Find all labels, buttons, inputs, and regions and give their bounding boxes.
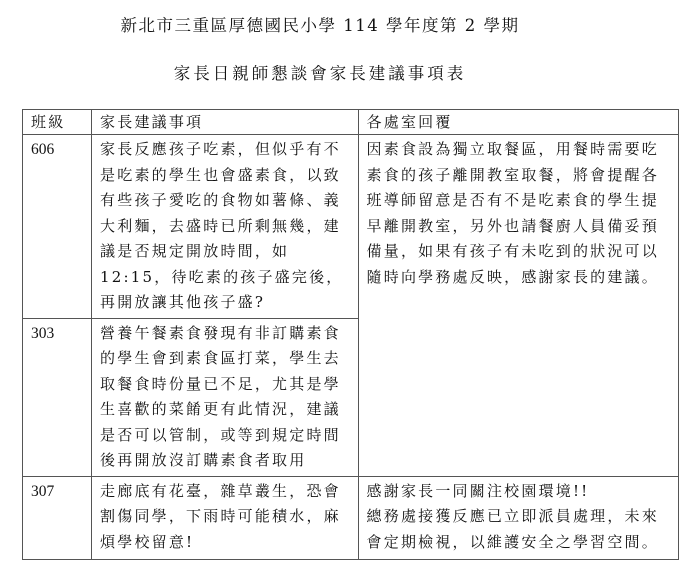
document-subtitle: 家長日親師懇談會家長建議事項表: [0, 62, 640, 86]
header-class: 班級: [23, 110, 92, 135]
header-reply: 各處室回覆: [358, 110, 678, 135]
table-row: 307 走廊底有花臺，雜草叢生，恐會割傷同學，下雨時可能積水，麻煩學校留意! 感…: [23, 476, 679, 559]
reply-cell: 因素食設為獨立取餐區，用餐時需要吃素食的孩子離開教室取餐，將會提醒各班導師留意是…: [358, 135, 678, 477]
class-cell: 303: [23, 318, 92, 476]
header-suggestion: 家長建議事項: [92, 110, 359, 135]
table-header-row: 班級 家長建議事項 各處室回覆: [23, 110, 679, 135]
class-cell: 606: [23, 135, 92, 319]
document-title: 新北市三重區厚德國民小學 114 學年度第 2 學期: [0, 14, 640, 38]
table-row: 606 家長反應孩子吃素，但似乎有不是吃素的學生也會盛素食，以致有些孩子愛吃的食…: [23, 135, 679, 319]
reply-cell: 感謝家長一同關注校園環境!! 總務處接獲反應已立即派員處理，未來會定期檢視，以維…: [358, 476, 678, 559]
class-cell: 307: [23, 476, 92, 559]
suggestion-cell: 走廊底有花臺，雜草叢生，恐會割傷同學，下雨時可能積水，麻煩學校留意!: [92, 476, 359, 559]
suggestion-cell: 家長反應孩子吃素，但似乎有不是吃素的學生也會盛素食，以致有些孩子愛吃的食物如薯條…: [92, 135, 359, 319]
suggestion-cell: 營養午餐素食發現有非訂購素食的學生會到素食區打菜，學生去取餐食時份量已不足，尤其…: [92, 318, 359, 476]
suggestion-table: 班級 家長建議事項 各處室回覆 606 家長反應孩子吃素，但似乎有不是吃素的學生…: [22, 109, 679, 560]
